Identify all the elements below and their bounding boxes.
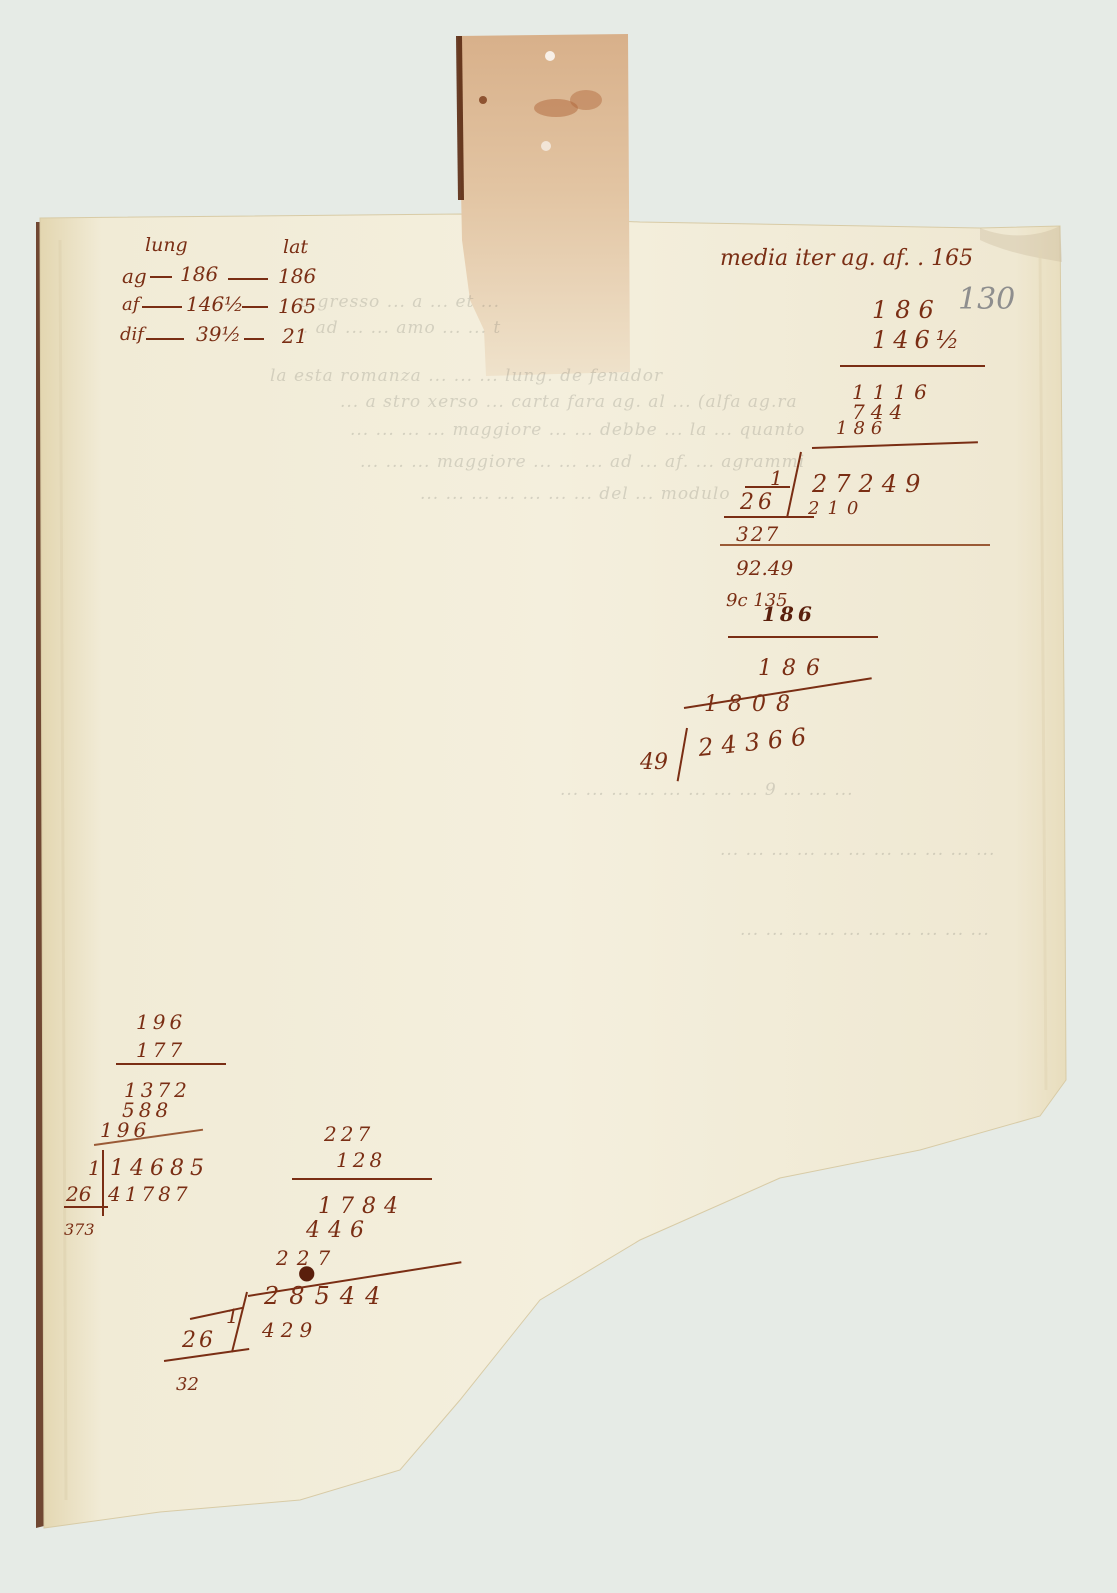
row-result: 186 [278, 266, 316, 286]
row-connector [244, 338, 264, 340]
row-result: 165 [278, 296, 316, 316]
quotient-rule [724, 516, 814, 518]
multiplicand: 186 [872, 298, 942, 322]
quotient-rule [64, 1206, 108, 1208]
bleed-through-line: ... ... ... ... ... ... ... ... ... ... [740, 920, 990, 940]
row-connector [142, 306, 182, 308]
partial-product: 1784 [318, 1196, 406, 1218]
dividend: 14685 [110, 1158, 210, 1180]
bleed-through-line: ... ... ... ... maggiore ... ... debbe .… [350, 420, 805, 440]
row-value: 186 [180, 264, 218, 284]
dividend: 28544 [264, 1284, 390, 1308]
row-label: dif [120, 326, 144, 344]
divisor-rule [745, 486, 790, 488]
row-label: ag [122, 266, 147, 286]
bleed-through-line: a gresso ... a ... et ... [300, 292, 500, 312]
product-rule [292, 1178, 432, 1180]
partial-product: 588 [122, 1100, 172, 1120]
manuscript-photo: a gresso ... a ... et ... ... ad ... ...… [0, 0, 1117, 1593]
second-divisor: 49 [640, 752, 668, 774]
calc-note: 186 [762, 604, 816, 624]
calc-line: 196 [136, 1012, 186, 1032]
separator-rule [720, 544, 990, 546]
divisor: 26 [182, 1330, 216, 1352]
product-rule [840, 365, 985, 367]
divisor: 26 [66, 1184, 91, 1204]
row-label: af [122, 296, 139, 314]
remainder: 41787 [108, 1184, 192, 1204]
remainder: 429 [262, 1320, 318, 1340]
dividend: 27249 [812, 472, 928, 496]
row-connector [150, 276, 172, 278]
quotient: 327 [736, 524, 780, 544]
bleed-through-line: ... ad ... ... amo ... ... t [290, 318, 501, 338]
row-result: 21 [282, 326, 307, 346]
row-connector [146, 338, 184, 340]
partial-product: 1372 [124, 1080, 191, 1100]
calc-line: 128 [336, 1150, 386, 1170]
ink-blot: ● [298, 1262, 315, 1282]
block-rule [728, 636, 878, 638]
calc-line: 177 [136, 1040, 186, 1060]
divisor-top: 1 [88, 1158, 101, 1178]
quotient: 373 [64, 1222, 95, 1238]
column-header: lung [145, 236, 188, 255]
second-block-line: 186 [758, 658, 830, 680]
product-rule [116, 1063, 226, 1065]
header-note: media iter ag. af. . 165 [720, 248, 973, 270]
divisor: 26 [740, 492, 776, 514]
column-header: lat [283, 238, 308, 257]
partial-product: 186 [836, 420, 888, 438]
calc-line: 227 [324, 1124, 374, 1144]
row-connector [228, 278, 268, 280]
remainder-row: 210 [808, 500, 866, 518]
bleed-through-line: ... ... ... ... ... ... ... del ... modu… [420, 484, 731, 504]
row-value: 146½ [186, 294, 244, 314]
multiplier: 146½ [872, 328, 965, 352]
calc-note: 92.49 [736, 558, 793, 578]
row-connector [242, 306, 268, 308]
partial-product: 446 [306, 1220, 372, 1242]
bleed-through-line: ... a stro xerso ... carta fara ag. al .… [340, 392, 798, 412]
partial-product: 1116 [852, 382, 935, 402]
bleed-through-line: ... ... ... ... ... ... ... ... ... ... … [720, 840, 995, 860]
bleed-through-line: ... ... ... maggiore ... ... ... ad ... … [360, 452, 805, 472]
divisor-top: 1 [770, 468, 783, 488]
row-value: 39½ [196, 324, 241, 344]
bleed-through-line: la esta romanza ... ... ... lung. de fen… [270, 366, 663, 386]
folio-number: 130 [958, 282, 1015, 317]
quotient: 32 [176, 1376, 199, 1394]
bleed-through-line: ... ... ... ... ... ... ... ... 9 ... ..… [560, 780, 854, 800]
